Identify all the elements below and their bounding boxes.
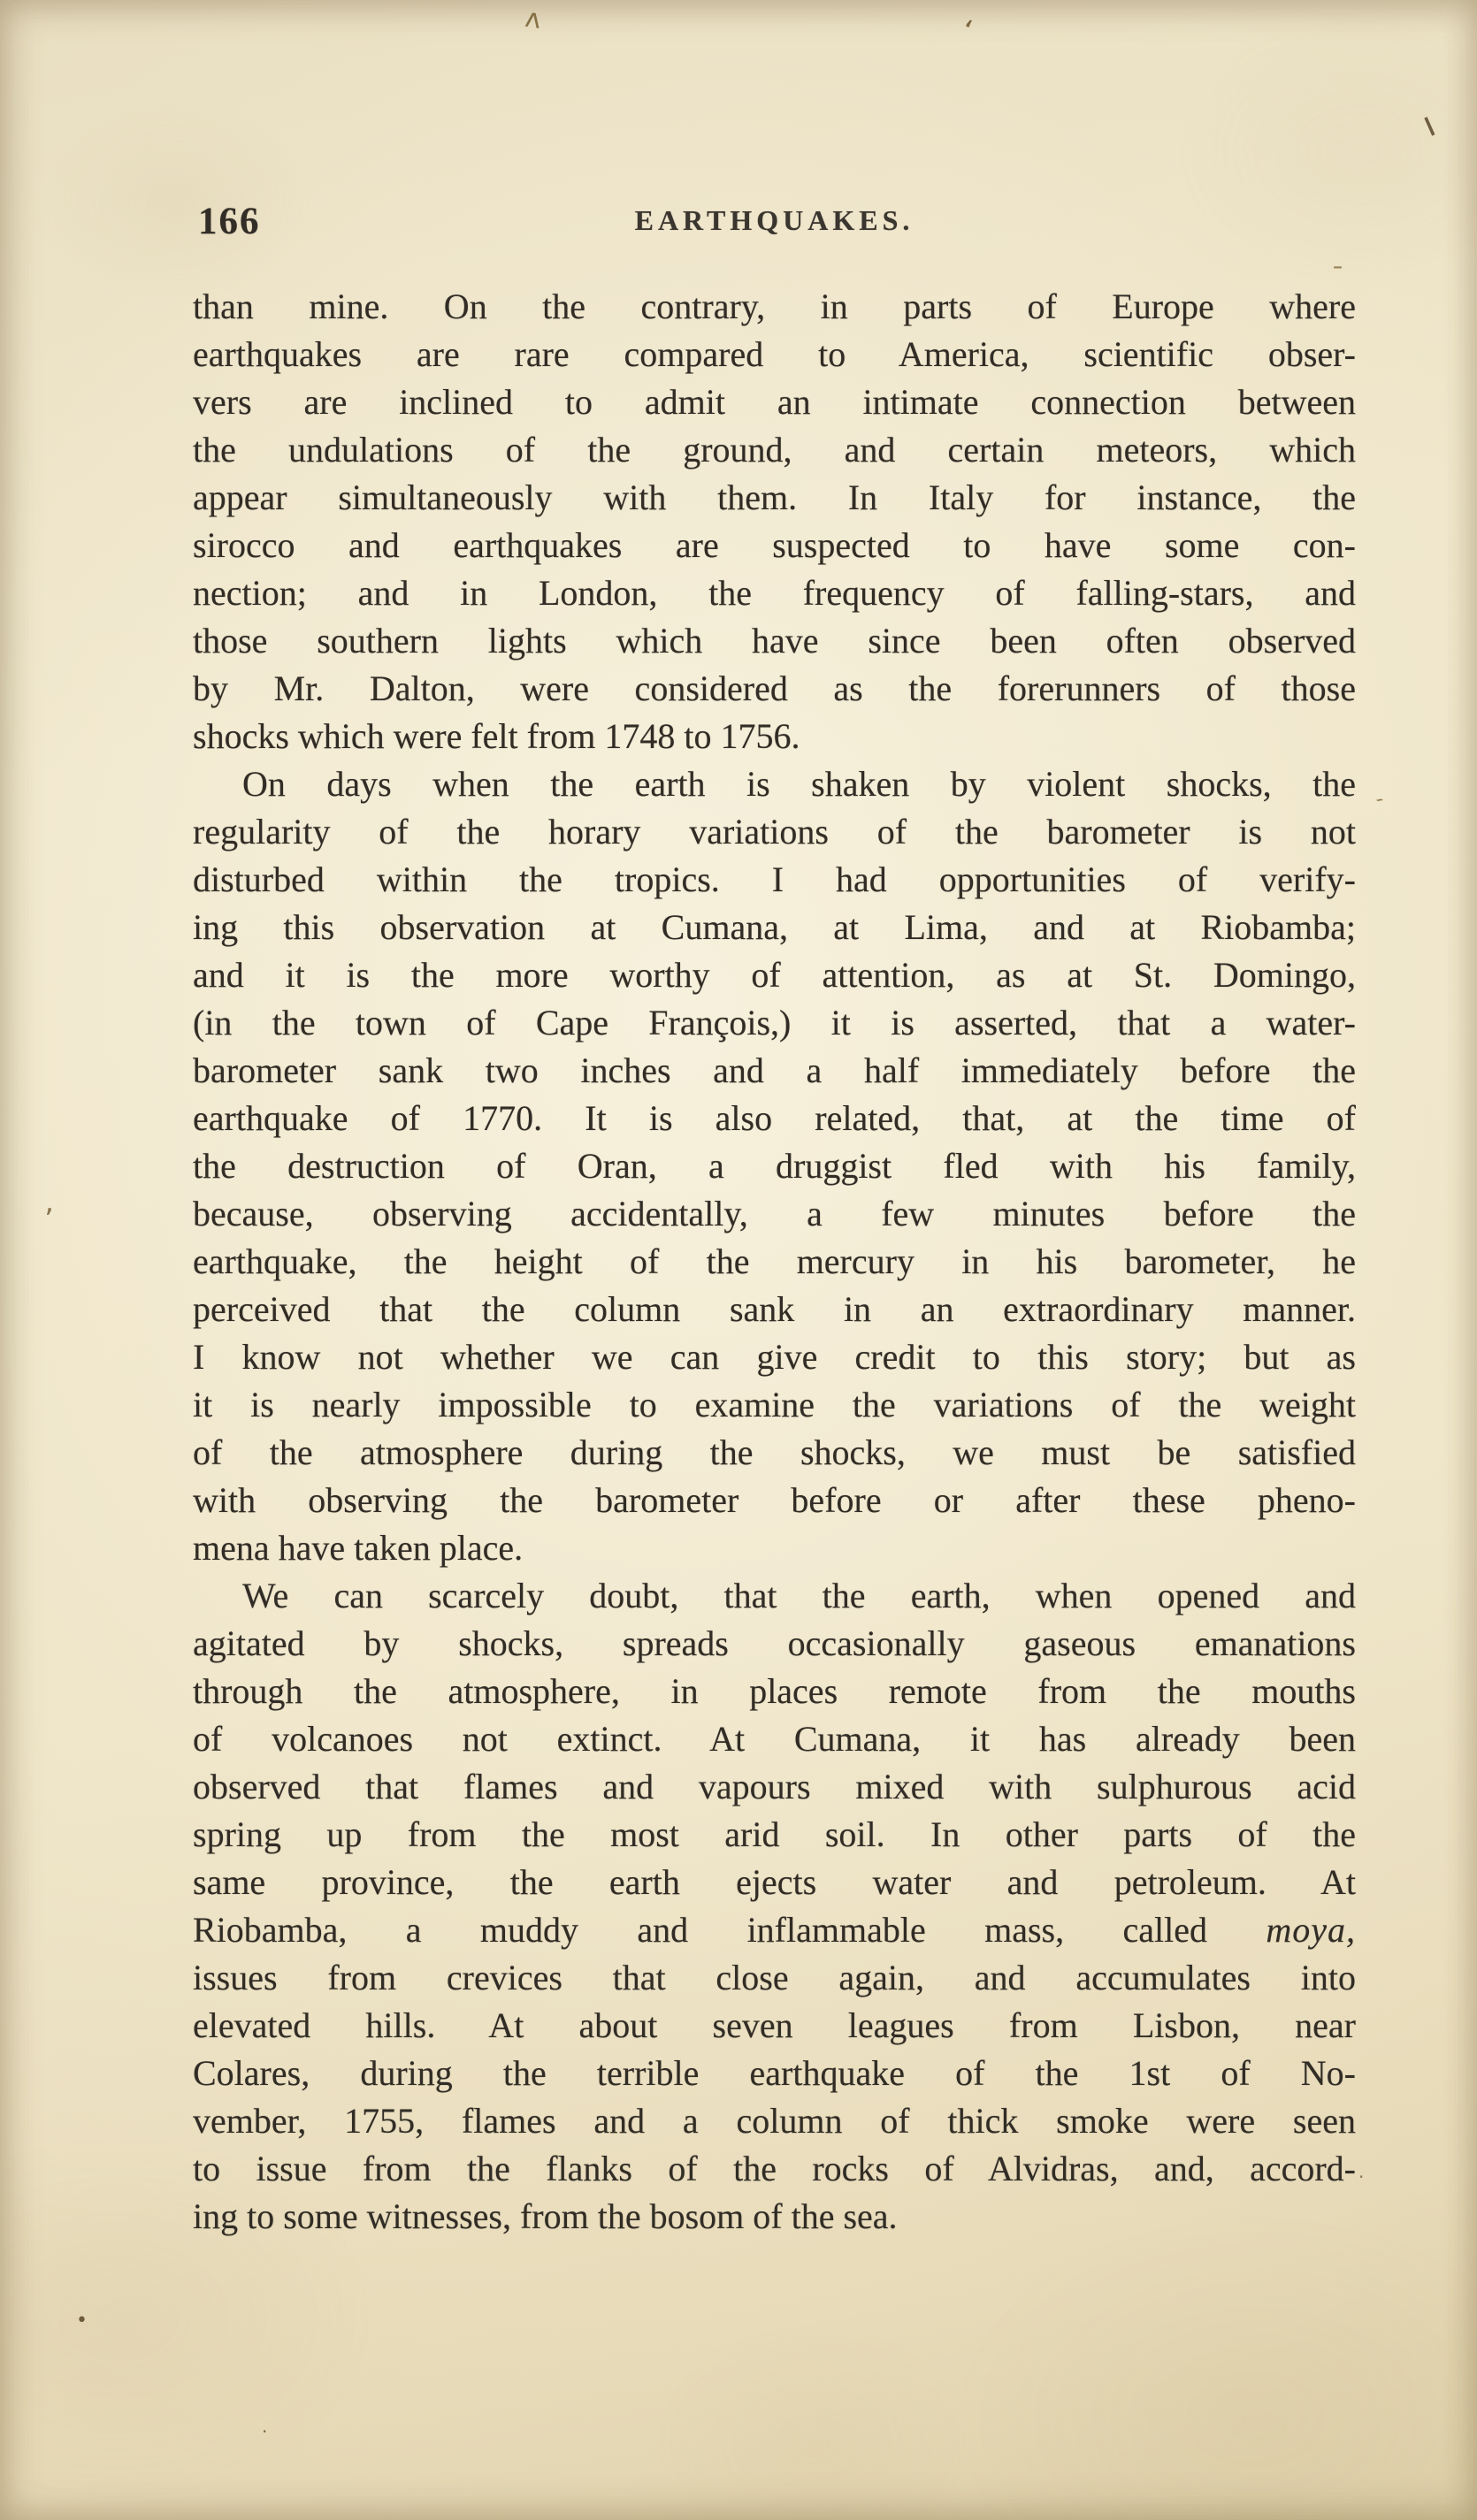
paper-speck: ·	[262, 2421, 267, 2442]
text-line: the destruction of Oran, a druggist fled…	[193, 1142, 1356, 1190]
paper-speck: ·	[1358, 2166, 1364, 2188]
text-line: issues from crevices that close again, a…	[193, 1954, 1356, 2002]
text-line: (in the town of Cape François,) it is as…	[193, 999, 1356, 1047]
book-page-scan: 166 EARTHQUAKES. than mine. On the contr…	[0, 0, 1477, 2520]
text-line: because, observing accidentally, a few m…	[193, 1190, 1356, 1238]
text-line: of the atmosphere during the shocks, we …	[193, 1429, 1356, 1477]
text-line: those southern lights which have since b…	[193, 617, 1356, 665]
text-line: earthquakes are rare compared to America…	[193, 331, 1356, 378]
text-line: to issue from the flanks of the rocks of…	[193, 2145, 1356, 2193]
text-line: ing to some witnesses, from the bosom of…	[193, 2193, 1356, 2241]
paragraph: We can scarcely doubt, that the earth, w…	[193, 1572, 1356, 2241]
text-line: observed that flames and vapours mixed w…	[193, 1763, 1356, 1811]
text-line: appear simultaneously with them. In Ital…	[193, 474, 1356, 522]
text-line: I know not whether we can give credit to…	[193, 1333, 1356, 1381]
paper-speck: ʼ	[44, 1203, 54, 1238]
text-line: elevated hills. At about seven leagues f…	[193, 2002, 1356, 2050]
page-header: 166 EARTHQUAKES.	[193, 200, 1356, 253]
text-line: vember, 1755, flames and a column of thi…	[193, 2097, 1356, 2145]
text-line: agitated by shocks, spreads occasionally…	[193, 1620, 1356, 1668]
text-line: Colares, during the terrible earthquake …	[193, 2050, 1356, 2097]
paper-speck: •	[76, 2310, 88, 2332]
text-line: through the atmosphere, in places remote…	[193, 1668, 1356, 1715]
text-line: by Mr. Dalton, were considered as the fo…	[193, 665, 1356, 713]
text-line: regularity of the horary variations of t…	[193, 808, 1356, 856]
paragraph: On days when the earth is shaken by viol…	[193, 760, 1356, 1572]
text-line: vers are inclined to admit an intimate c…	[193, 378, 1356, 426]
paper-speck: ʌ	[524, 3, 543, 35]
text-line: shocks which were felt from 1748 to 1756…	[193, 713, 1356, 760]
text-line: earthquake of 1770. It is also related, …	[193, 1095, 1356, 1142]
text-line: nection; and in London, the frequency of…	[193, 569, 1356, 617]
paper-speck: ʻ	[958, 13, 976, 50]
text-line: than mine. On the contrary, in parts of …	[193, 283, 1356, 331]
text-line: and it is the more worthy of attention, …	[193, 951, 1356, 999]
paper-speck: ˏ	[1373, 777, 1398, 805]
text-line: earthquake, the height of the mercury in…	[193, 1238, 1356, 1286]
text-line: ing this observation at Cumana, at Lima,…	[193, 904, 1356, 951]
text-line: mena have taken place.	[193, 1524, 1356, 1572]
paper-speck: ı	[1416, 104, 1442, 146]
page-number: 166	[198, 200, 261, 243]
text-line: of volcanoes not extinct. At Cumana, it …	[193, 1715, 1356, 1763]
text-line: We can scarcely doubt, that the earth, w…	[193, 1572, 1356, 1620]
paragraph: than mine. On the contrary, in parts of …	[193, 283, 1356, 760]
text-line: perceived that the column sank in an ext…	[193, 1286, 1356, 1333]
text-line: the undulations of the ground, and certa…	[193, 426, 1356, 474]
text-line: Riobamba, a muddy and inflammable mass, …	[193, 1906, 1356, 1954]
text-line: sirocco and earthquakes are suspected to…	[193, 522, 1356, 569]
body-text: than mine. On the contrary, in parts of …	[193, 283, 1356, 2241]
text-line: same province, the earth ejects water an…	[193, 1859, 1356, 1906]
running-head: EARTHQUAKES.	[193, 200, 1356, 237]
text-line: it is nearly impossible to examine the v…	[193, 1381, 1356, 1429]
text-line: barometer sank two inches and a half imm…	[193, 1047, 1356, 1095]
text-line: spring up from the most arid soil. In ot…	[193, 1811, 1356, 1859]
text-line: On days when the earth is shaken by viol…	[193, 760, 1356, 808]
text-line: with observing the barometer before or a…	[193, 1477, 1356, 1524]
text-line: disturbed within the tropics. I had oppo…	[193, 856, 1356, 904]
